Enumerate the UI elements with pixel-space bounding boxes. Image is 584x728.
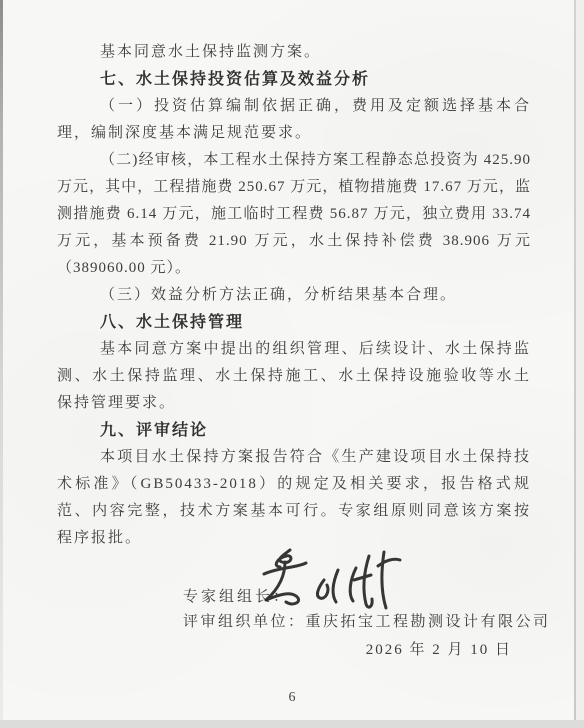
scan-edge-right-margin	[576, 0, 584, 728]
review-organizer-label: 评审组织单位：	[183, 614, 306, 630]
review-organizer-line: 评审组织单位：重庆拓宝工程勘测设计有限公司	[183, 610, 551, 631]
section-7-paragraph-2: （二)经审核，本工程水土保持方案工程静态总投资为 425.90 万元，其中，工程…	[57, 147, 531, 282]
page-number: 6	[0, 690, 584, 706]
section-7-paragraph-3: （三）效益分析方法正确，分析结果基本合理。	[57, 282, 531, 309]
expert-group-leader-label: 专家组组长：	[183, 585, 291, 606]
section-9-paragraph-1: 本项目水土保持方案报告符合《生产建设项目水土保持技术标准》（GB50433-20…	[57, 444, 531, 552]
section-9-heading: 九、评审结论	[57, 417, 531, 444]
section-8-heading: 八、水土保持管理	[57, 309, 531, 336]
scan-edge-bottom	[0, 720, 584, 728]
review-organizer-name: 重庆拓宝工程勘测设计有限公司	[306, 614, 551, 630]
section-7-heading: 七、水土保持投资估算及效益分析	[57, 66, 531, 93]
section-8-paragraph-1: 基本同意方案中提出的组织管理、后续设计、水土保持监测、水土保持监理、水土保持施工…	[57, 336, 531, 417]
section-7-paragraph-1: （一）投资估算编制依据正确，费用及定额选择基本合理，编制深度基本满足规范要求。	[57, 93, 531, 147]
review-date: 2026 年 2 月 10 日	[0, 638, 512, 659]
scan-edge-left	[0, 0, 3, 728]
handwritten-signature	[252, 546, 417, 624]
intro-paragraph: 基本同意水土保持监测方案。	[57, 39, 531, 66]
document-text-body: 基本同意水土保持监测方案。 七、水土保持投资估算及效益分析 （一）投资估算编制依…	[57, 39, 531, 552]
scanned-document-page: 基本同意水土保持监测方案。 七、水土保持投资估算及效益分析 （一）投资估算编制依…	[0, 0, 584, 728]
